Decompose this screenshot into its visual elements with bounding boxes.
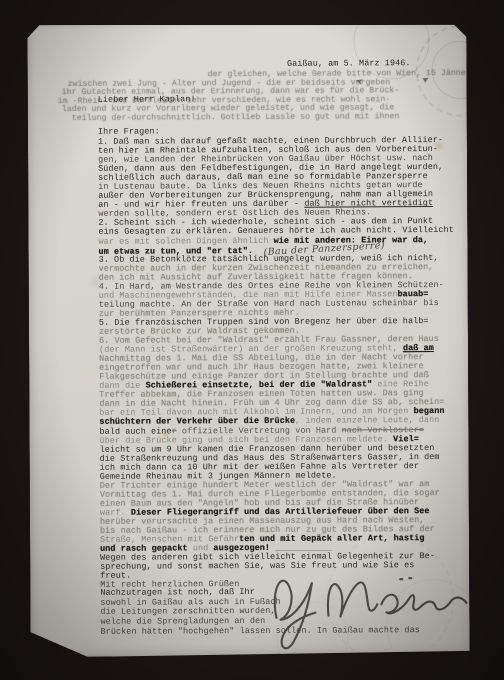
signature [262,557,475,658]
letter-line: war es mit solchen Dingen ähnlich wie mi… [98,235,453,246]
subject-line: Ihre Fragen: [98,126,160,136]
scan-background: der gleichen, welche Gerade bitte von Wi… [0,0,504,680]
date-line: Gaißau, am 5. März 1946. [287,58,411,69]
letter-body: 1. Daß man sich darauf gefaßt machte, ei… [98,136,456,590]
bleedthrough-text: der gleichen, welche Gerade bitte von Wi… [27,23,466,25]
bleedthrough-line: teilung der-durchschnittlich. Gottlieb L… [72,112,400,123]
salutation: Lieber Herr Kaplan! [98,94,196,105]
letter-page: der gleichen, welche Gerade bitte von Wi… [27,23,469,657]
